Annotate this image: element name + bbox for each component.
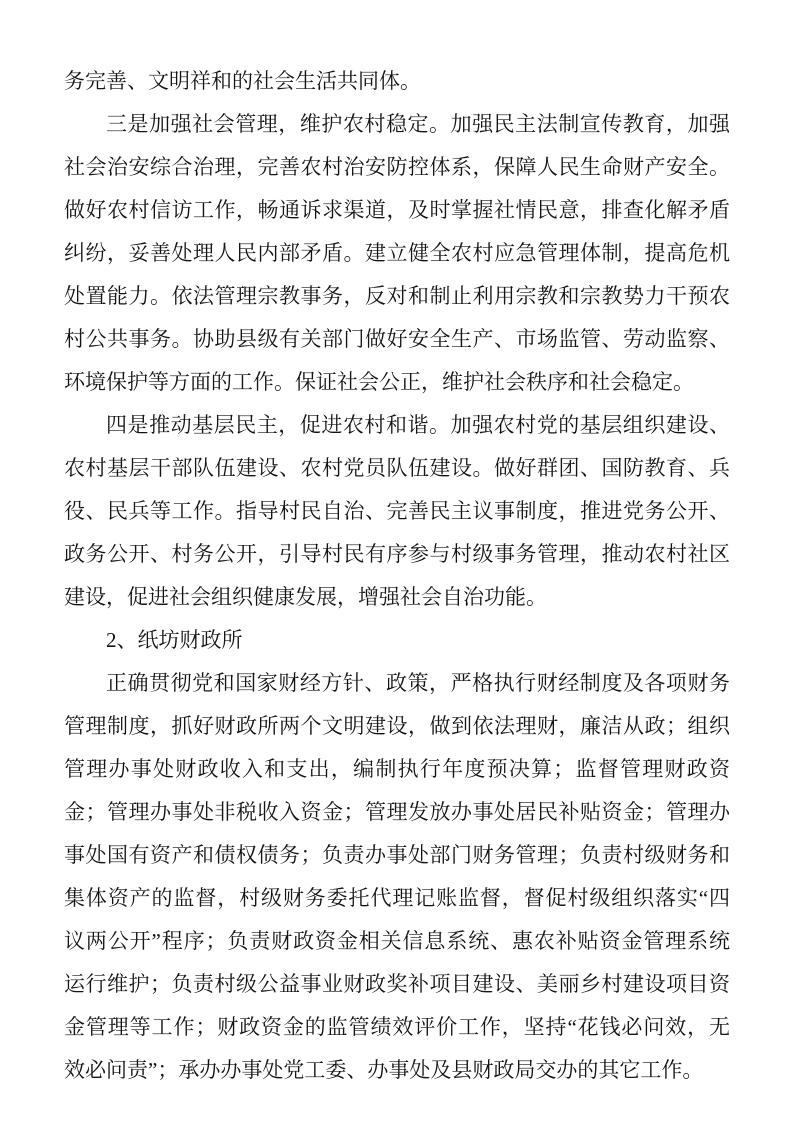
text-line: 役、民兵等工作。指导村民自治、完善民主议事制度，推进党务公开、 bbox=[64, 490, 730, 533]
text-line: 农村基层干部队伍建设、农村党员队伍建设。做好群团、国防教育、兵 bbox=[64, 447, 730, 490]
text-line: 管理办事处财政收入和支出，编制执行年度预决算；监督管理财政资 bbox=[64, 748, 730, 791]
text-line: 政务公开、村务公开，引导村民有序参与村级事务管理，推动农村社区 bbox=[64, 533, 730, 576]
document-text-body: 务完善、文明祥和的社会生活共同体。三是加强社会管理，维护农村稳定。加强民主法制宣… bbox=[64, 60, 730, 1092]
text-line: 金；管理办事处非税收入资金；管理发放办事处居民补贴资金；管理办 bbox=[64, 791, 730, 834]
text-line: 务完善、文明祥和的社会生活共同体。 bbox=[64, 60, 730, 103]
text-line: 纠纷，妥善处理人民内部矛盾。建立健全农村应急管理体制，提高危机 bbox=[64, 232, 730, 275]
text-line: 做好农村信访工作，畅通诉求渠道，及时掌握社情民意，排查化解矛盾 bbox=[64, 189, 730, 232]
text-line: 社会治安综合治理，完善农村治安防控体系，保障人民生命财产安全。 bbox=[64, 146, 730, 189]
text-line: 四是推动基层民主，促进农村和谐。加强农村党的基层组织建设、 bbox=[64, 404, 730, 447]
text-line: 建设，促进社会组织健康发展，增强社会自治功能。 bbox=[64, 576, 730, 619]
document-page: 务完善、文明祥和的社会生活共同体。三是加强社会管理，维护农村稳定。加强民主法制宣… bbox=[0, 0, 793, 1122]
text-line: 2、纸坊财政所 bbox=[64, 619, 730, 662]
text-line: 村公共事务。协助县级有关部门做好安全生产、市场监管、劳动监察、 bbox=[64, 318, 730, 361]
text-line: 运行维护；负责村级公益事业财政奖补项目建设、美丽乡村建设项目资 bbox=[64, 963, 730, 1006]
text-line: 集体资产的监督，村级财务委托代理记账监督，督促村级组织落实“四 bbox=[64, 877, 730, 920]
text-line: 议两公开”程序；负责财政资金相关信息系统、惠农补贴资金管理系统 bbox=[64, 920, 730, 963]
text-line: 环境保护等方面的工作。保证社会公正，维护社会秩序和社会稳定。 bbox=[64, 361, 730, 404]
text-line: 效必问责”；承办办事处党工委、办事处及县财政局交办的其它工作。 bbox=[64, 1049, 730, 1092]
text-line: 三是加强社会管理，维护农村稳定。加强民主法制宣传教育，加强 bbox=[64, 103, 730, 146]
text-line: 事处国有资产和债权债务；负责办事处部门财务管理；负责村级财务和 bbox=[64, 834, 730, 877]
text-line: 管理制度，抓好财政所两个文明建设，做到依法理财，廉洁从政；组织 bbox=[64, 705, 730, 748]
text-line: 正确贯彻党和国家财经方针、政策，严格执行财经制度及各项财务 bbox=[64, 662, 730, 705]
text-line: 处置能力。依法管理宗教事务，反对和制止利用宗教和宗教势力干预农 bbox=[64, 275, 730, 318]
text-line: 金管理等工作；财政资金的监管绩效评价工作，坚持“花钱必问效，无 bbox=[64, 1006, 730, 1049]
